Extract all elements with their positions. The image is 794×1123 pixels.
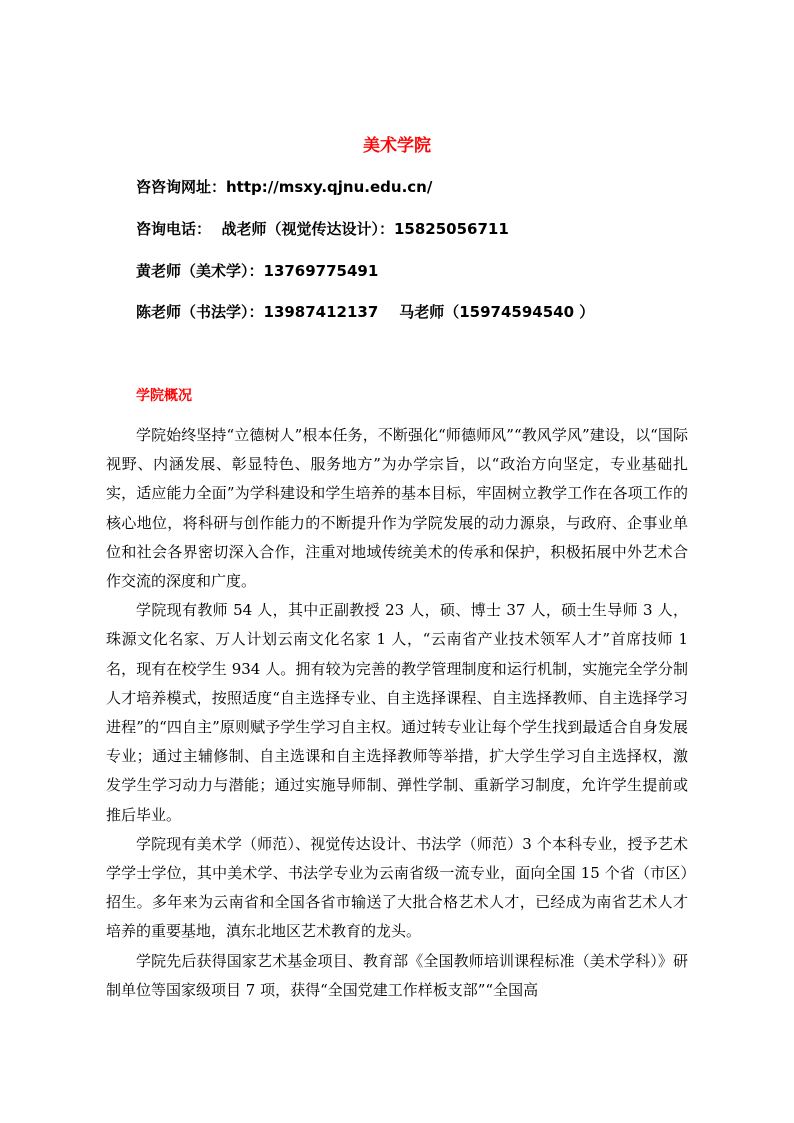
paragraph: 学院先后获得国家艺术基金项目、教育部《全国教师培训课程标准（美术学科）》研制单位… bbox=[106, 947, 688, 1005]
paragraph: 学院始终坚持“立德树人”根本任务，不断强化“师德师风”“教风学风”建设，以“国际… bbox=[106, 421, 688, 596]
contact-website: 咨咨询网址：http://msxy.qjnu.edu.cn/ bbox=[136, 176, 432, 198]
contact-phone-chen-ma: 陈老师（书法学）：13987412137 马老师（15974594540 ） bbox=[136, 301, 594, 323]
section-body: 学院始终坚持“立德树人”根本任务，不断强化“师德师风”“教风学风”建设，以“国际… bbox=[106, 421, 688, 1005]
document-page: 美术学院 咨咨询网址：http://msxy.qjnu.edu.cn/ 咨询电话… bbox=[0, 0, 794, 1123]
contact-phone-huang: 黄老师（美术学）：13769775491 bbox=[136, 260, 378, 282]
paragraph: 学院现有美术学（师范）、视觉传达设计、书法学（师范）3 个本科专业，授予艺术学学… bbox=[106, 830, 688, 947]
paragraph: 学院现有教师 54 人，其中正副教授 23 人，硕、博士 37 人，硕士生导师 … bbox=[106, 596, 688, 830]
contact-phone-zhan: 咨询电话： 战老师（视觉传达设计）：15825056711 bbox=[136, 218, 509, 240]
section-heading: 学院概况 bbox=[136, 386, 192, 406]
page-title: 美术学院 bbox=[0, 134, 794, 158]
